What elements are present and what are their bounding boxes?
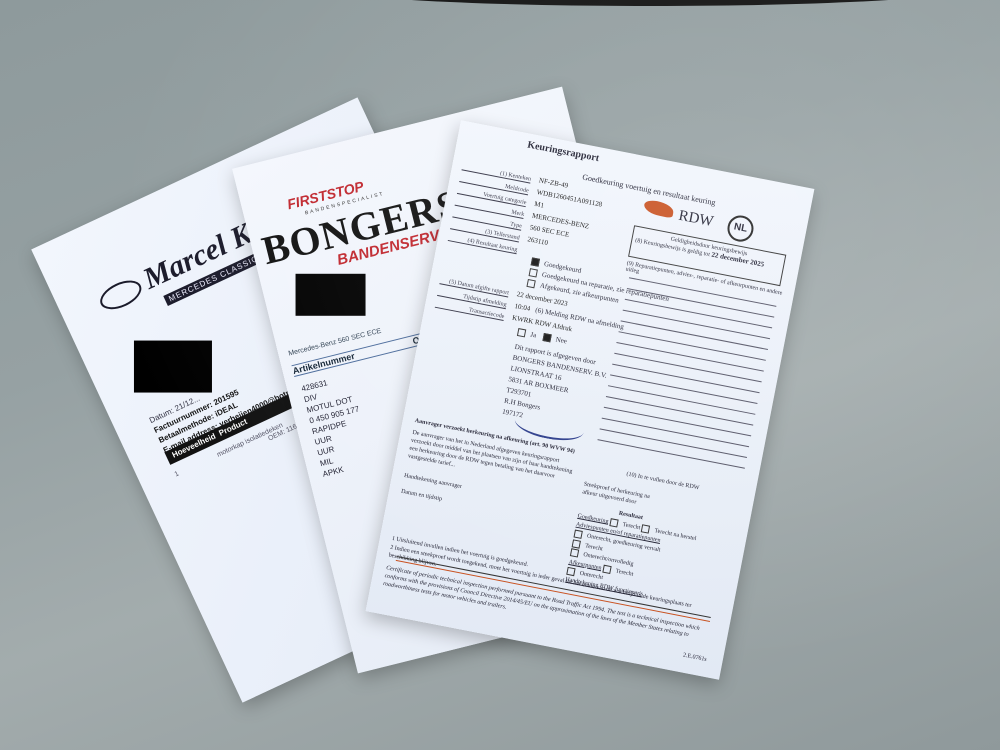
car-window-edge bbox=[330, 0, 970, 6]
checkbox-approved bbox=[531, 258, 540, 267]
mercedes-star-icon bbox=[96, 275, 146, 315]
checkbox-approved-after-repair bbox=[528, 269, 537, 278]
steekproef-label: Steekproef of herkeuring na afkeur uitge… bbox=[581, 480, 663, 511]
rdw-section-label: (10) In te vullen door de RDW bbox=[626, 470, 700, 492]
rdw-logo-icon bbox=[643, 199, 675, 218]
article-list: 428631DIVMOTUL DOT0 450 905 177RAPIDPEUU… bbox=[300, 371, 374, 479]
checkbox-ja bbox=[517, 328, 526, 337]
checkbox-nee bbox=[542, 333, 551, 342]
report-title: Keuringsrapport bbox=[526, 139, 600, 164]
redaction-box bbox=[134, 341, 212, 393]
checkbox-rejected bbox=[526, 279, 535, 288]
nl-country-badge: NL bbox=[725, 213, 755, 243]
form-code: 2.E.0761s bbox=[682, 652, 707, 662]
remark-line bbox=[597, 439, 744, 469]
date-time-label: Datum en tijdstip bbox=[400, 488, 442, 504]
signature-label: Handtekening aanvrager bbox=[403, 472, 462, 491]
redaction-box bbox=[296, 274, 366, 316]
rdw-brand: RDW bbox=[677, 208, 715, 231]
